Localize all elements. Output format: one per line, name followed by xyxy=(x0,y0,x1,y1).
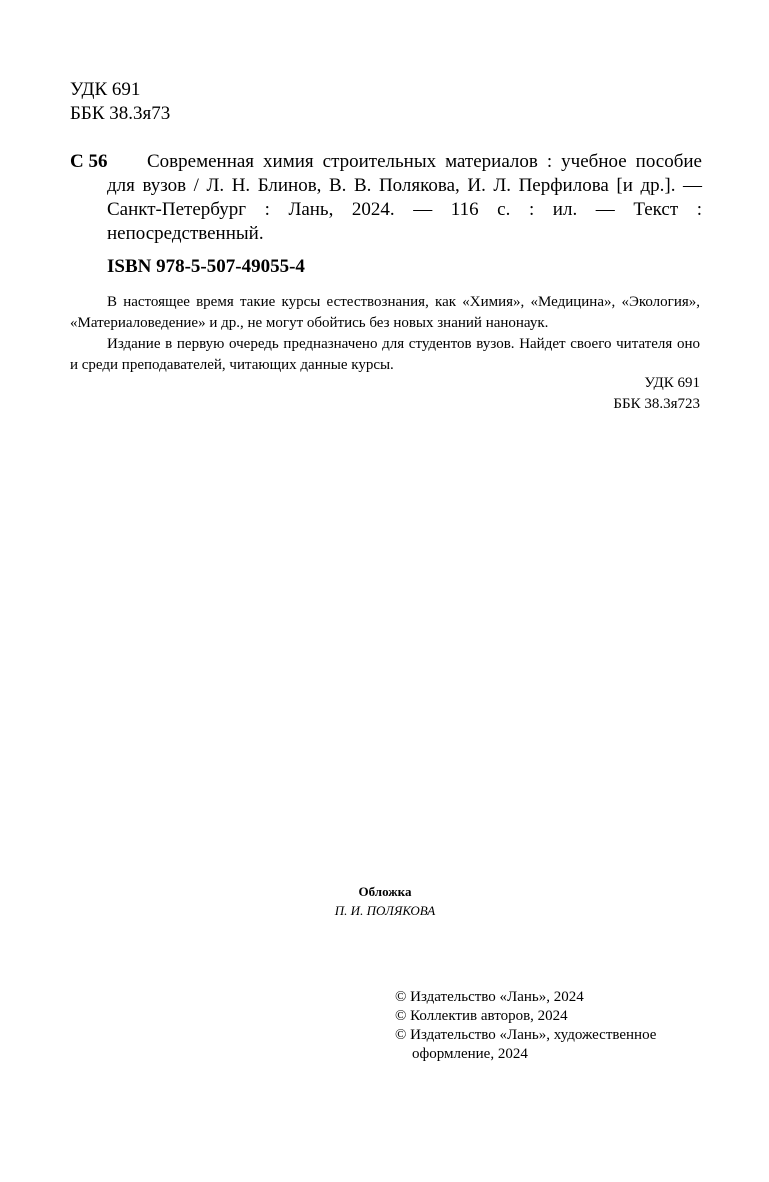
abstract-paragraph: Издание в первую очередь предназначено д… xyxy=(70,334,700,376)
udk-code: УДК 691 xyxy=(613,373,700,394)
copyright-line: © Издательство «Лань», художественное оф… xyxy=(395,1026,712,1064)
bibliographic-entry: С 56 Современная химия строительных мате… xyxy=(70,150,702,246)
cover-credit: Обложка П. И. ПОЛЯКОВА xyxy=(300,882,470,920)
isbn: ISBN 978-5-507-49055-4 xyxy=(107,256,305,278)
udk-code: УДК 691 xyxy=(70,78,170,102)
cover-label: Обложка xyxy=(300,882,470,901)
cover-designer: П. И. ПОЛЯКОВА xyxy=(300,901,470,920)
abstract-paragraph: В настоящее время такие курсы естествозн… xyxy=(70,292,700,334)
classification-top: УДК 691 ББК 38.3я73 xyxy=(70,78,170,126)
abstract: В настоящее время такие курсы естествозн… xyxy=(70,292,700,376)
bibliographic-description: Современная химия строительных материало… xyxy=(107,150,702,246)
author-mark: С 56 xyxy=(70,150,107,174)
bbk-code: ББК 38.3я723 xyxy=(613,394,700,415)
copyright-line: © Издательство «Лань», 2024 xyxy=(395,988,712,1007)
bbk-code: ББК 38.3я73 xyxy=(70,102,170,126)
copyright-block: © Издательство «Лань», 2024 © Коллектив … xyxy=(395,988,712,1064)
copyright-line: © Коллектив авторов, 2024 xyxy=(395,1007,712,1026)
classification-bottom: УДК 691 ББК 38.3я723 xyxy=(613,373,700,415)
